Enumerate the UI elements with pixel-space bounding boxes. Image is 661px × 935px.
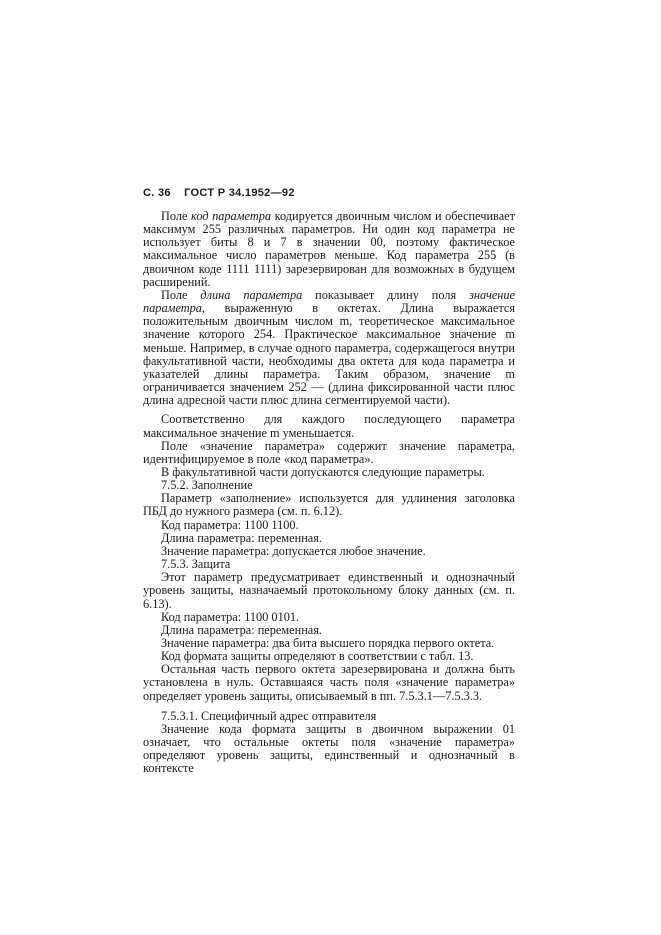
text-run: Поле: [161, 288, 200, 302]
text-run: Поле: [161, 209, 191, 223]
paragraph: Длина параметра: переменная.: [143, 532, 515, 545]
section-heading-7-5-3-1: 7.5.3.1. Специфичный адрес отправителя: [143, 710, 515, 723]
paragraph: Код параметра: 1100 0101.: [143, 611, 515, 624]
paragraph: Код параметра: 1100 1100.: [143, 519, 515, 532]
paragraph-parameter-length: Поле длина параметра показывает длину по…: [143, 289, 515, 407]
text-run: показывает длину поля: [302, 288, 469, 302]
paragraph: Соответственно для каждого последующего …: [143, 413, 515, 439]
paragraph: Этот параметр предусматривает единственн…: [143, 571, 515, 610]
page-number: С. 36: [143, 187, 171, 199]
paragraph: Значение кода формата защиты в двоичном …: [143, 723, 515, 776]
document-body: Поле код параметра кодируется двоичным ч…: [143, 210, 515, 776]
term-parameter-length: длина параметра: [200, 288, 302, 302]
term-parameter-code: код параметра: [191, 209, 271, 223]
paragraph: Остальная часть первого октета зарезерви…: [143, 663, 515, 702]
paragraph-parameter-code: Поле код параметра кодируется двоичным ч…: [143, 210, 515, 289]
page-header: С. 36 ГОСТ Р 34.1952—92: [143, 187, 295, 199]
paragraph: Параметр «заполнение» используется для у…: [143, 492, 515, 518]
paragraph: Поле «значение параметра» содержит значе…: [143, 440, 515, 466]
text-run: выраженную в октетах. Длина выражается п…: [143, 301, 515, 407]
standard-designation: ГОСТ Р 34.1952—92: [184, 187, 295, 199]
